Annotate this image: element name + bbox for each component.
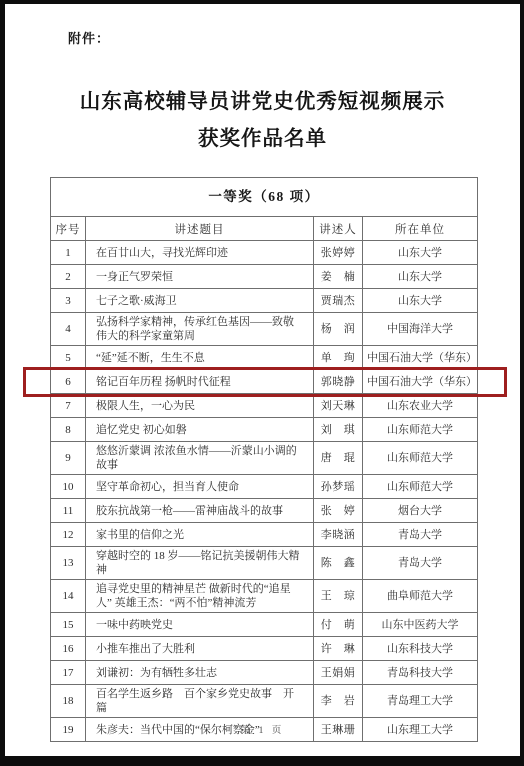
cell-title: 追寻党史里的精神星芒 做新时代的“追星人” 英雄王杰：“两不怕”精神流芳 — [86, 580, 314, 613]
cell-unit: 山东师范大学 — [363, 418, 478, 442]
cell-title: 刘谦初：为有牺牲多壮志 — [86, 661, 314, 685]
cell-speaker: 付 萌 — [314, 613, 363, 637]
cell-unit: 烟台大学 — [363, 499, 478, 523]
cell-title: 在百廿山大，寻找光辉印迹 — [86, 241, 314, 265]
table-row: 13穿越时空的 18 岁——铭记抗美援朝伟大精神陈 鑫青岛大学 — [51, 547, 478, 580]
cell-speaker: 许 琳 — [314, 637, 363, 661]
cell-seq: 7 — [51, 394, 86, 418]
page-title: 山东高校辅导员讲党史优秀短视频展示 获奖作品名单 — [5, 84, 520, 158]
cell-seq: 17 — [51, 661, 86, 685]
cell-title: 家书里的信仰之光 — [86, 523, 314, 547]
cell-speaker: 单 珣 — [314, 346, 363, 370]
page-number: 第 1 页 — [5, 722, 520, 736]
cell-seq: 8 — [51, 418, 86, 442]
cell-speaker: 王娟娟 — [314, 661, 363, 685]
screenshot-frame: 附件： 山东高校辅导员讲党史优秀短视频展示 获奖作品名单 一等奖（68 项） 序… — [0, 0, 524, 766]
cell-seq: 12 — [51, 523, 86, 547]
cell-speaker: 张 婷 — [314, 499, 363, 523]
table-body: 1在百廿山大，寻找光辉印迹张婷婷山东大学2一身正气罗荣恒姜 楠山东大学3七子之歌… — [51, 241, 478, 742]
cell-title: “延”延不断，生生不息 — [86, 346, 314, 370]
cell-speaker: 姜 楠 — [314, 265, 363, 289]
table-row: 1在百廿山大，寻找光辉印迹张婷婷山东大学 — [51, 241, 478, 265]
cell-unit: 中国海洋大学 — [363, 313, 478, 346]
cell-unit: 曲阜师范大学 — [363, 580, 478, 613]
awards-table-wrap: 一等奖（68 项） 序号 讲述题目 讲述人 所在单位 1在百廿山大，寻找光辉印迹… — [50, 177, 478, 742]
cell-seq: 16 — [51, 637, 86, 661]
cell-speaker: 刘 琪 — [314, 418, 363, 442]
cell-speaker: 郭晓静 — [314, 370, 363, 394]
cell-title: 七子之歌·威海卫 — [86, 289, 314, 313]
cell-title: 弘扬科学家精神，传承红色基因——致敬伟大的科学家童第周 — [86, 313, 314, 346]
cell-unit: 山东大学 — [363, 289, 478, 313]
cell-title: 坚守革命初心，担当育人使命 — [86, 475, 314, 499]
page: 附件： 山东高校辅导员讲党史优秀短视频展示 获奖作品名单 一等奖（68 项） 序… — [5, 4, 520, 756]
cell-seq: 15 — [51, 613, 86, 637]
cell-title: 铭记百年历程 扬帆时代征程 — [86, 370, 314, 394]
cell-unit: 山东师范大学 — [363, 442, 478, 475]
cell-speaker: 贾瑞杰 — [314, 289, 363, 313]
cell-seq: 6 — [51, 370, 86, 394]
cell-unit: 山东中医药大学 — [363, 613, 478, 637]
cell-seq: 13 — [51, 547, 86, 580]
cell-speaker: 李晓涵 — [314, 523, 363, 547]
cell-seq: 9 — [51, 442, 86, 475]
cell-seq: 11 — [51, 499, 86, 523]
cell-unit: 中国石油大学（华东） — [363, 346, 478, 370]
attachment-label: 附件： — [68, 28, 110, 47]
cell-speaker: 孙梦瑶 — [314, 475, 363, 499]
table-row: 11胶东抗战第一枪——雷神庙战斗的故事张 婷烟台大学 — [51, 499, 478, 523]
cell-seq: 2 — [51, 265, 86, 289]
cell-unit: 山东师范大学 — [363, 475, 478, 499]
cell-title: 一身正气罗荣恒 — [86, 265, 314, 289]
page-title-line1: 山东高校辅导员讲党史优秀短视频展示 — [5, 84, 520, 121]
table-row: 4弘扬科学家精神，传承红色基因——致敬伟大的科学家童第周杨 润中国海洋大学 — [51, 313, 478, 346]
cell-title: 一味中药映党史 — [86, 613, 314, 637]
cell-speaker: 唐 琨 — [314, 442, 363, 475]
cell-title: 悠悠沂蒙调 浓浓鱼水情——沂蒙山小调的故事 — [86, 442, 314, 475]
cell-speaker: 刘天琳 — [314, 394, 363, 418]
cell-seq: 14 — [51, 580, 86, 613]
table-row: 8追忆党史 初心如磐刘 琪山东师范大学 — [51, 418, 478, 442]
cell-unit: 山东大学 — [363, 241, 478, 265]
col-header-speaker: 讲述人 — [314, 217, 363, 241]
cell-title: 百名学生返乡路 百个家乡党史故事 开篇 — [86, 685, 314, 718]
table-row: 18百名学生返乡路 百个家乡党史故事 开篇李 岩青岛理工大学 — [51, 685, 478, 718]
col-header-unit: 所在单位 — [363, 217, 478, 241]
table-row: 15一味中药映党史付 萌山东中医药大学 — [51, 613, 478, 637]
cell-seq: 5 — [51, 346, 86, 370]
cell-speaker: 张婷婷 — [314, 241, 363, 265]
section-title: 一等奖（68 项） — [51, 178, 478, 217]
table-row: 17刘谦初：为有牺牲多壮志王娟娟青岛科技大学 — [51, 661, 478, 685]
cell-title: 极限人生，一心为民 — [86, 394, 314, 418]
table-row: 6铭记百年历程 扬帆时代征程郭晓静中国石油大学（华东） — [51, 370, 478, 394]
column-header-row: 序号 讲述题目 讲述人 所在单位 — [51, 217, 478, 241]
col-header-seq: 序号 — [51, 217, 86, 241]
col-header-title: 讲述题目 — [86, 217, 314, 241]
table-row: 3七子之歌·威海卫贾瑞杰山东大学 — [51, 289, 478, 313]
section-title-row: 一等奖（68 项） — [51, 178, 478, 217]
cell-title: 追忆党史 初心如磐 — [86, 418, 314, 442]
cell-unit: 山东农业大学 — [363, 394, 478, 418]
cell-seq: 18 — [51, 685, 86, 718]
cell-title: 小推车推出了大胜利 — [86, 637, 314, 661]
cell-speaker: 李 岩 — [314, 685, 363, 718]
cell-speaker: 杨 润 — [314, 313, 363, 346]
table-row: 9悠悠沂蒙调 浓浓鱼水情——沂蒙山小调的故事唐 琨山东师范大学 — [51, 442, 478, 475]
table-row: 2一身正气罗荣恒姜 楠山东大学 — [51, 265, 478, 289]
cell-unit: 青岛大学 — [363, 547, 478, 580]
cell-seq: 10 — [51, 475, 86, 499]
cell-unit: 中国石油大学（华东） — [363, 370, 478, 394]
cell-unit: 山东科技大学 — [363, 637, 478, 661]
cell-seq: 3 — [51, 289, 86, 313]
cell-unit: 青岛大学 — [363, 523, 478, 547]
cell-title: 穿越时空的 18 岁——铭记抗美援朝伟大精神 — [86, 547, 314, 580]
cell-speaker: 陈 鑫 — [314, 547, 363, 580]
table-row: 5“延”延不断，生生不息单 珣中国石油大学（华东） — [51, 346, 478, 370]
table-row: 16小推车推出了大胜利许 琳山东科技大学 — [51, 637, 478, 661]
table-row: 12家书里的信仰之光李晓涵青岛大学 — [51, 523, 478, 547]
table-row: 7极限人生，一心为民刘天琳山东农业大学 — [51, 394, 478, 418]
awards-table: 一等奖（68 项） 序号 讲述题目 讲述人 所在单位 1在百廿山大，寻找光辉印迹… — [50, 177, 478, 742]
table-row: 14追寻党史里的精神星芒 做新时代的“追星人” 英雄王杰：“两不怕”精神流芳王 … — [51, 580, 478, 613]
cell-speaker: 王 琼 — [314, 580, 363, 613]
cell-unit: 青岛理工大学 — [363, 685, 478, 718]
cell-unit: 山东大学 — [363, 265, 478, 289]
table-row: 10坚守革命初心，担当育人使命孙梦瑶山东师范大学 — [51, 475, 478, 499]
cell-title: 胶东抗战第一枪——雷神庙战斗的故事 — [86, 499, 314, 523]
cell-unit: 青岛科技大学 — [363, 661, 478, 685]
cell-seq: 1 — [51, 241, 86, 265]
cell-seq: 4 — [51, 313, 86, 346]
page-title-line2: 获奖作品名单 — [5, 121, 520, 158]
